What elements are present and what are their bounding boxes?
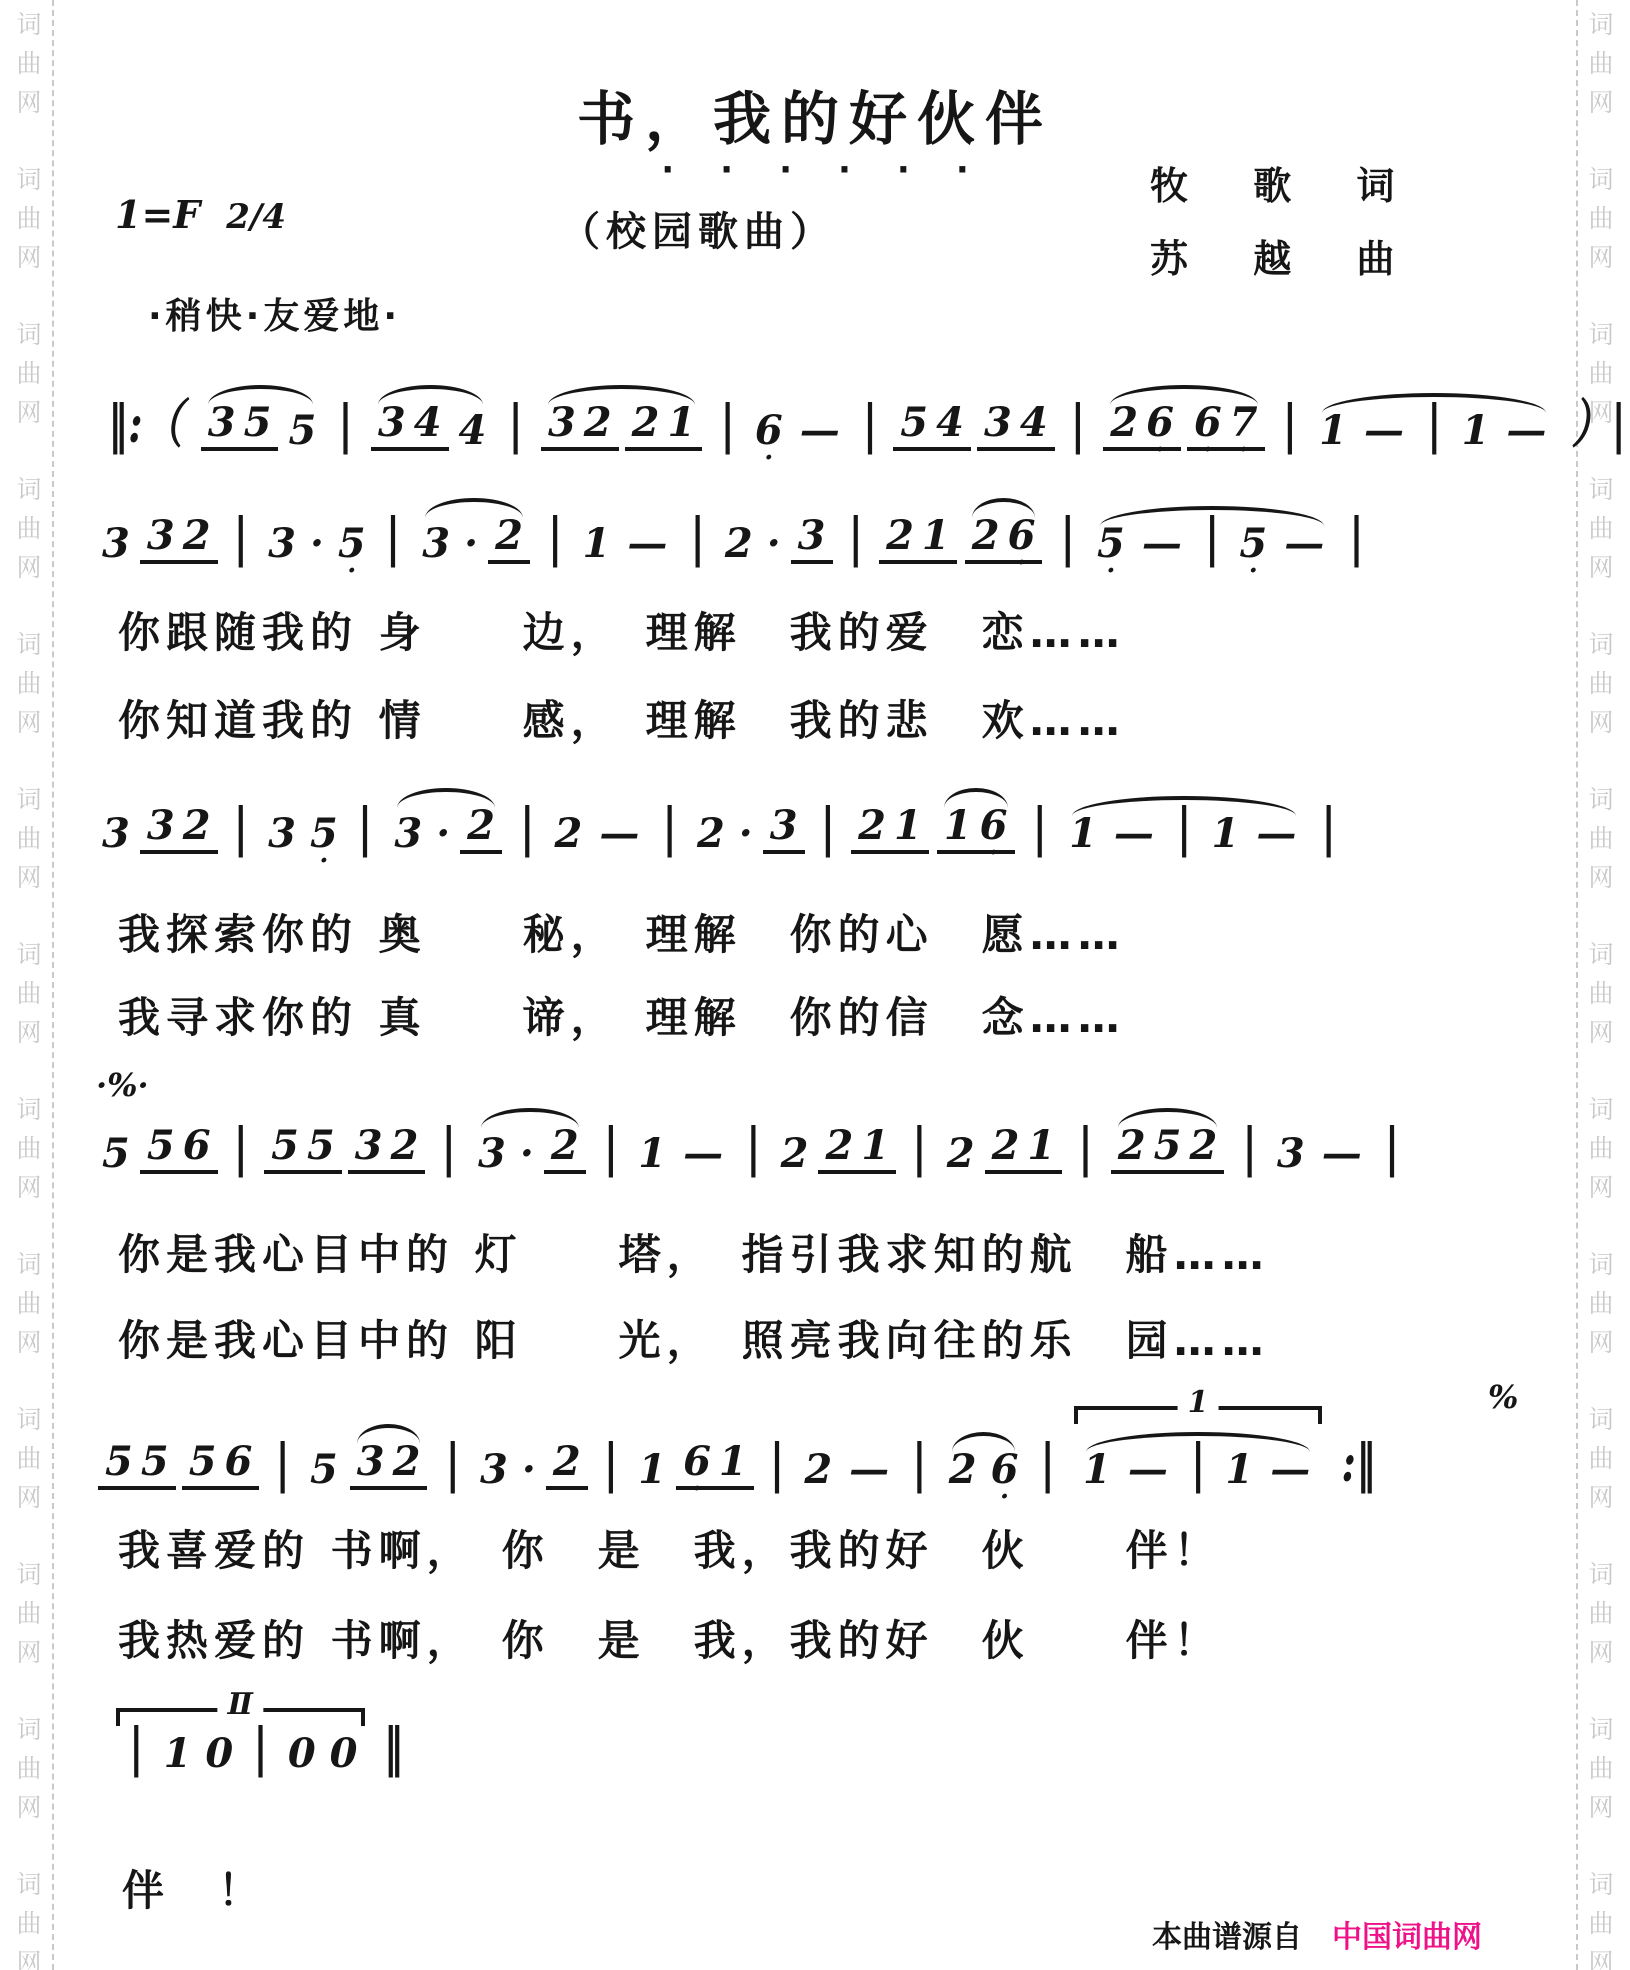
music-symbol: | xyxy=(1349,512,1364,564)
note: 4 xyxy=(1020,403,1048,443)
note-group: 5 xyxy=(98,1134,134,1174)
note: 1 xyxy=(1027,1126,1055,1166)
octave-dot: · xyxy=(692,1476,701,1502)
octave-dot: · xyxy=(1017,550,1026,576)
note: 3 xyxy=(422,524,450,564)
note-group: 2 xyxy=(551,814,587,854)
music-symbol: — xyxy=(849,1450,889,1490)
note-group: 35 xyxy=(201,403,279,451)
note: 1 xyxy=(638,1134,666,1174)
music-symbol: | xyxy=(821,802,836,854)
note: 3 xyxy=(357,1442,385,1482)
note: 3 xyxy=(394,814,422,854)
note: 1 xyxy=(164,1734,192,1774)
tie-slur: 3·2 xyxy=(387,788,505,854)
music-line-4: 556|5532|3·2|1—|221|221|252|3—| xyxy=(95,1108,1412,1174)
note: 2 xyxy=(553,1442,581,1482)
note: 2 xyxy=(886,516,914,556)
music-symbol: | xyxy=(508,399,523,451)
note: 6· xyxy=(1146,403,1174,443)
note-group: 16· xyxy=(937,806,1015,854)
music-symbol: | xyxy=(358,802,373,854)
note: 6 xyxy=(183,1126,211,1166)
note: 3 xyxy=(147,516,175,556)
music-symbol: | xyxy=(604,1438,619,1490)
note-group: 1 xyxy=(1207,814,1243,854)
tie-slur: 5·—|5·— xyxy=(1090,506,1334,564)
lyrics-line-1: 你跟随我的 身 边， 理解 我的爱 恋…… xyxy=(118,600,1126,660)
note: 5 xyxy=(1154,1126,1182,1166)
note: 2 xyxy=(183,516,211,556)
note: 1 xyxy=(1083,1450,1111,1490)
note: 1 xyxy=(1211,814,1239,854)
note-group: 6· xyxy=(987,1450,1023,1490)
footer-source-note: 本曲谱源自中国词曲网 xyxy=(1152,1912,1482,1956)
note-group: 2 xyxy=(693,814,729,854)
note-group: 21 xyxy=(818,1126,896,1174)
octave-dot: · xyxy=(1155,437,1164,463)
music-symbol: | xyxy=(275,1438,290,1490)
note: 5· xyxy=(1239,524,1267,564)
tie-slur: 3·2 xyxy=(471,1108,589,1174)
music-symbol: · xyxy=(520,1134,534,1174)
note-group: 6·1 xyxy=(676,1442,754,1490)
music-symbol: · xyxy=(739,814,753,854)
tempo-marking: ·稍快·友爱地· xyxy=(148,288,401,339)
note-group: 2 xyxy=(544,1126,586,1174)
note-group: 55 xyxy=(98,1442,176,1490)
note-group: 32 xyxy=(350,1442,428,1490)
tie-slur: 26· xyxy=(942,1432,1026,1490)
music-symbol: | xyxy=(1071,399,1086,451)
music-symbol: — xyxy=(1284,524,1324,564)
note: 3 xyxy=(147,806,175,846)
music-symbol: | xyxy=(520,802,535,854)
note-group: 2 xyxy=(488,516,530,564)
note-group: 1 xyxy=(1079,1450,1115,1490)
note: 5 xyxy=(307,1126,335,1166)
note: 4 xyxy=(936,403,964,443)
tie-slur: 355 xyxy=(198,385,324,451)
note-group: 32 xyxy=(541,403,619,451)
lyrics-line-9: 伴 ！ xyxy=(122,1858,266,1918)
music-line-3: 332|35·|3·2|2—|2·3|2116·|1—|1—| xyxy=(95,788,1349,854)
music-symbol: | xyxy=(386,512,401,564)
note: 5 xyxy=(141,1442,169,1482)
music-symbol: — xyxy=(1270,1450,1310,1490)
note: 6· xyxy=(980,806,1008,846)
tie-slur: 344 xyxy=(368,385,494,451)
note: 5 xyxy=(900,403,928,443)
note: 3 xyxy=(480,1450,508,1490)
note: 3 xyxy=(268,814,296,854)
lyrics-line-7: 我喜爱的 书啊， 你 是 我，我的好 伙 伴！ xyxy=(118,1518,1222,1578)
music-symbol: — xyxy=(800,411,840,451)
note: 2 xyxy=(697,814,725,854)
music-symbol: | xyxy=(234,512,249,564)
music-symbol: — xyxy=(1322,1134,1362,1174)
note: 3 xyxy=(478,1134,506,1174)
music-symbol: | xyxy=(234,1122,249,1174)
note: 2 xyxy=(1118,1126,1146,1166)
note-group: 3 xyxy=(1273,1134,1309,1174)
note-group: 2 xyxy=(777,1134,813,1174)
music-symbol: · xyxy=(436,814,450,854)
music-symbol: | xyxy=(548,512,563,564)
segno-mark-right: % xyxy=(1488,1378,1518,1416)
note: 5 xyxy=(105,1442,133,1482)
key-time-signature: 1=F2/4 xyxy=(115,192,286,237)
volta-label: Ⅱ xyxy=(218,1690,263,1720)
note-group: 55 xyxy=(264,1126,342,1174)
song-subtitle: （校园歌曲） xyxy=(560,200,836,257)
composer-credit: 苏 越 曲 xyxy=(1150,228,1420,283)
note-group: 3 xyxy=(418,524,454,564)
note-group: 2 xyxy=(945,1450,981,1490)
note: 5· xyxy=(338,524,366,564)
note-group: 0 xyxy=(284,1734,320,1774)
note: 1 xyxy=(922,516,950,556)
note-group: 1 xyxy=(634,1450,670,1490)
note: 6· xyxy=(683,1442,711,1482)
note-group: 26· xyxy=(1103,403,1181,451)
music-symbol: | xyxy=(849,512,864,564)
lyrics-line-6: 你是我心目中的 阳 光， 照亮我向往的乐 园…… xyxy=(118,1308,1270,1368)
octave-dot: · xyxy=(1106,558,1115,584)
music-symbol: | xyxy=(770,1438,785,1490)
music-symbol: — xyxy=(627,524,667,564)
note: 0 xyxy=(330,1734,358,1774)
note-group: 56 xyxy=(140,1126,218,1174)
note: 2 xyxy=(972,516,1000,556)
note: 2 xyxy=(1110,403,1138,443)
note-group: 0 xyxy=(201,1734,237,1774)
octave-dot: · xyxy=(1249,558,1258,584)
music-symbol: · xyxy=(310,524,324,564)
music-symbol: | xyxy=(1060,512,1075,564)
note: 2 xyxy=(183,806,211,846)
note-group: 21 xyxy=(879,516,957,564)
watermark-left: 词 曲 网 词 曲 网 词 曲 网 词 曲 网 词 曲 网 词 曲 网 词 曲 … xyxy=(6,0,54,1970)
note: 3 xyxy=(548,403,576,443)
music-symbol: | xyxy=(1385,1122,1400,1174)
note: 2 xyxy=(584,403,612,443)
note-group: 3 xyxy=(476,1450,512,1490)
volta-bracket: Ⅱ|10|00 xyxy=(116,1700,365,1774)
tie-slur: 26·6·7· xyxy=(1100,385,1267,451)
music-symbol: — xyxy=(1128,1450,1168,1490)
time-signature: 2/4 xyxy=(226,197,286,237)
music-symbol: | xyxy=(253,1722,268,1774)
music-symbol: | xyxy=(863,399,878,451)
music-symbol: | xyxy=(690,512,705,564)
note: 1 xyxy=(861,1126,889,1166)
note-group: 5· xyxy=(334,524,370,564)
note-group: 5· xyxy=(306,814,342,854)
music-symbol: ‖ xyxy=(384,1722,404,1774)
music-symbol: | xyxy=(338,399,353,451)
volta-bracket: 11—|1— xyxy=(1074,1398,1322,1490)
lyrics-line-3: 我探索你的 奥 秘， 理解 你的心 愿…… xyxy=(118,902,1126,962)
footer-source-prefix: 本曲谱源自 xyxy=(1152,1920,1302,1955)
tie-slur: 26· xyxy=(962,498,1046,564)
note-group: 4 xyxy=(455,411,491,451)
note-group: 252 xyxy=(1111,1126,1225,1174)
lyrics-line-8: 我热爱的 书啊， 你 是 我，我的好 伙 伴！ xyxy=(118,1608,1222,1668)
note: 1 xyxy=(1225,1450,1253,1490)
music-symbol: | xyxy=(1177,802,1192,854)
note: 5 xyxy=(244,403,272,443)
note-group: 5 xyxy=(284,411,320,451)
note: 0 xyxy=(205,1734,233,1774)
music-symbol: — xyxy=(1364,411,1404,451)
note: 5 xyxy=(189,1442,217,1482)
volta-label: 1 xyxy=(1178,1388,1219,1418)
note: 5 xyxy=(310,1450,338,1490)
note: 2 xyxy=(858,806,886,846)
music-symbol: | xyxy=(129,1722,144,1774)
note-group: 6· xyxy=(751,411,787,451)
note: 3 xyxy=(770,806,798,846)
music-symbol: | xyxy=(1078,1122,1093,1174)
note-group: 5· xyxy=(1235,524,1271,564)
note-group: 32 xyxy=(140,806,218,854)
note-group: 32 xyxy=(140,516,218,564)
tie-slur: 1—|1— xyxy=(1062,796,1306,854)
key-signature: 1=F xyxy=(115,192,200,237)
note: 1 xyxy=(582,524,610,564)
note-group: 3 xyxy=(474,1134,510,1174)
music-symbol: — xyxy=(1114,814,1154,854)
octave-dot: · xyxy=(1239,437,1248,463)
note: 2 xyxy=(725,524,753,564)
note-group: 2 xyxy=(460,806,502,854)
note: 2 xyxy=(551,1126,579,1166)
note-group: 3 xyxy=(98,524,134,564)
note: 0 xyxy=(288,1734,316,1774)
note-group: 21 xyxy=(985,1126,1063,1174)
note: 2 xyxy=(632,403,660,443)
footer-site-link[interactable]: 中国词曲网 xyxy=(1332,1920,1482,1955)
note: 3 xyxy=(268,524,296,564)
music-symbol: | xyxy=(1033,802,1048,854)
note-group: 3 xyxy=(98,814,134,854)
note: 2 xyxy=(555,814,583,854)
music-symbol: — xyxy=(599,814,639,854)
note-group: 56 xyxy=(182,1442,260,1490)
note: 5 xyxy=(147,1126,175,1166)
note-group: 32 xyxy=(348,1126,426,1174)
note: 4 xyxy=(459,411,487,451)
note-group: 1 xyxy=(1065,814,1101,854)
note-group: 2 xyxy=(800,1450,836,1490)
music-line-2: 332|3·5·|3·2|1—|2·3|2126·|5·—|5·—| xyxy=(95,498,1377,564)
note: 5 xyxy=(102,1134,130,1174)
note: 5 xyxy=(288,411,316,451)
note: 2 xyxy=(467,806,495,846)
music-symbol: ‖:（ xyxy=(108,399,183,451)
music-symbol: | xyxy=(604,1122,619,1174)
music-symbol: | xyxy=(234,802,249,854)
note: 2 xyxy=(495,516,523,556)
note: 1 xyxy=(1319,411,1347,451)
octave-dot: · xyxy=(989,840,998,866)
tie-slur: 32 xyxy=(347,1424,431,1490)
note: 5 xyxy=(271,1126,299,1166)
note: 3 xyxy=(984,403,1012,443)
tie-slur: 1—|1— xyxy=(1312,393,1556,451)
note-group: 3 xyxy=(264,524,300,564)
note-group: 3 xyxy=(390,814,426,854)
note: 2 xyxy=(781,1134,809,1174)
music-line-5: 5556|532|3·2|16·1|2—|26·|11—|1—:‖ xyxy=(95,1398,1389,1490)
lyrics-line-5: 你是我心目中的 灯 塔， 指引我求知的航 船…… xyxy=(118,1222,1270,1282)
music-symbol: · xyxy=(522,1450,536,1490)
note-group: 1 xyxy=(578,524,614,564)
octave-dot: · xyxy=(347,558,356,584)
sheet-music-page: 词 曲 网 词 曲 网 词 曲 网 词 曲 网 词 曲 网 词 曲 网 词 曲 … xyxy=(0,0,1630,1970)
note-group: 3 xyxy=(763,806,805,854)
tie-slur: 3·2 xyxy=(415,498,533,564)
note: 6· xyxy=(755,411,783,451)
note: 2 xyxy=(992,1126,1020,1166)
music-symbol: | xyxy=(662,802,677,854)
note-group: 1 xyxy=(634,1134,670,1174)
tie-slur: 1—|1— xyxy=(1076,1432,1320,1490)
music-symbol: | xyxy=(445,1438,460,1490)
note: 1 xyxy=(1069,814,1097,854)
note: 3 xyxy=(208,403,236,443)
note: 7· xyxy=(1230,403,1258,443)
note: 1 xyxy=(894,806,922,846)
note: 1 xyxy=(944,806,972,846)
note-group: 26· xyxy=(965,516,1043,564)
note-group: 5 xyxy=(306,1450,342,1490)
music-symbol: — xyxy=(1142,524,1182,564)
note: 3 xyxy=(798,516,826,556)
note: 1 xyxy=(667,403,695,443)
note: 6 xyxy=(225,1442,253,1482)
note: 2 xyxy=(825,1126,853,1166)
note-group: 1 xyxy=(1315,411,1351,451)
note: 3 xyxy=(102,524,130,564)
note: 3 xyxy=(355,1126,383,1166)
music-symbol: | xyxy=(1283,399,1298,451)
note-group: 2 xyxy=(721,524,757,564)
note: 4 xyxy=(414,403,442,443)
note: 6· xyxy=(991,1450,1019,1490)
note-group: 2 xyxy=(943,1134,979,1174)
note-group: 1 xyxy=(160,1734,196,1774)
music-symbol: — xyxy=(1506,411,1546,451)
note-group: 34 xyxy=(371,403,449,451)
note: 2 xyxy=(947,1134,975,1174)
note-group: 5· xyxy=(1093,524,1129,564)
note: 5· xyxy=(1097,524,1125,564)
music-symbol: ）| xyxy=(1571,399,1626,451)
music-symbol: | xyxy=(1205,512,1220,564)
music-symbol: | xyxy=(1191,1438,1206,1490)
lyrics-line-4: 我寻求你的 真 谛， 理解 你的信 念…… xyxy=(118,985,1126,1045)
note-group: 1 xyxy=(1221,1450,1257,1490)
watermark-right: 词 曲 网 词 曲 网 词 曲 网 词 曲 网 词 曲 网 词 曲 网 词 曲 … xyxy=(1576,0,1624,1970)
note: 2 xyxy=(391,1126,419,1166)
note: 6· xyxy=(1194,403,1222,443)
music-line-1: ‖:（355|344|3221|6·—|5434|26·6·7·|1—|1—）| xyxy=(95,385,1630,451)
music-symbol: — xyxy=(683,1134,723,1174)
note-group: 3 xyxy=(791,516,833,564)
note: 2 xyxy=(804,1450,832,1490)
note: 1 xyxy=(719,1442,747,1482)
segno-mark-left: ·%· xyxy=(96,1066,149,1104)
music-symbol: — xyxy=(1256,814,1296,854)
note: 2 xyxy=(949,1450,977,1490)
music-symbol: | xyxy=(912,1438,927,1490)
note-group: 1 xyxy=(1458,411,1494,451)
music-symbol: | xyxy=(1427,399,1442,451)
music-symbol: | xyxy=(441,1122,456,1174)
octave-dot: · xyxy=(1203,437,1212,463)
note: 2 xyxy=(1190,1126,1218,1166)
music-symbol: | xyxy=(746,1122,761,1174)
music-symbol: · xyxy=(464,524,478,564)
lyricist-credit: 牧 歌 词 xyxy=(1150,155,1420,210)
note: 3 xyxy=(102,814,130,854)
octave-dot: · xyxy=(1000,1484,1009,1510)
music-symbol: | xyxy=(1040,1438,1055,1490)
note-group: 2 xyxy=(546,1442,588,1490)
note: 2 xyxy=(393,1442,421,1482)
note: 1 xyxy=(638,1450,666,1490)
octave-dot: · xyxy=(764,445,773,471)
music-symbol: · xyxy=(767,524,781,564)
note-group: 3 xyxy=(264,814,300,854)
note-group: 6·7· xyxy=(1187,403,1265,451)
note-group: 0 xyxy=(326,1734,362,1774)
note: 1 xyxy=(1462,411,1490,451)
music-symbol: | xyxy=(912,1122,927,1174)
music-symbol: | xyxy=(1321,802,1336,854)
note: 3 xyxy=(378,403,406,443)
lyrics-line-2: 你知道我的 情 感， 理解 我的悲 欢…… xyxy=(118,688,1126,748)
note-group: 21 xyxy=(625,403,703,451)
tie-slur: 252 xyxy=(1108,1108,1228,1174)
octave-dot: · xyxy=(319,848,328,874)
note: 3 xyxy=(1277,1134,1305,1174)
note: 5· xyxy=(310,814,338,854)
music-symbol: | xyxy=(720,399,735,451)
note-group: 34 xyxy=(977,403,1055,451)
note-group: 54 xyxy=(893,403,971,451)
tie-slur: 3221 xyxy=(538,385,705,451)
note: 6· xyxy=(1008,516,1036,556)
note-group: 21 xyxy=(851,806,929,854)
song-title: 书，我的好伙伴 xyxy=(0,72,1630,156)
music-line-6: Ⅱ|10|00‖ xyxy=(110,1700,417,1774)
music-symbol: :‖ xyxy=(1341,1438,1376,1490)
tie-slur: 16· xyxy=(934,788,1018,854)
music-symbol: | xyxy=(1242,1122,1257,1174)
